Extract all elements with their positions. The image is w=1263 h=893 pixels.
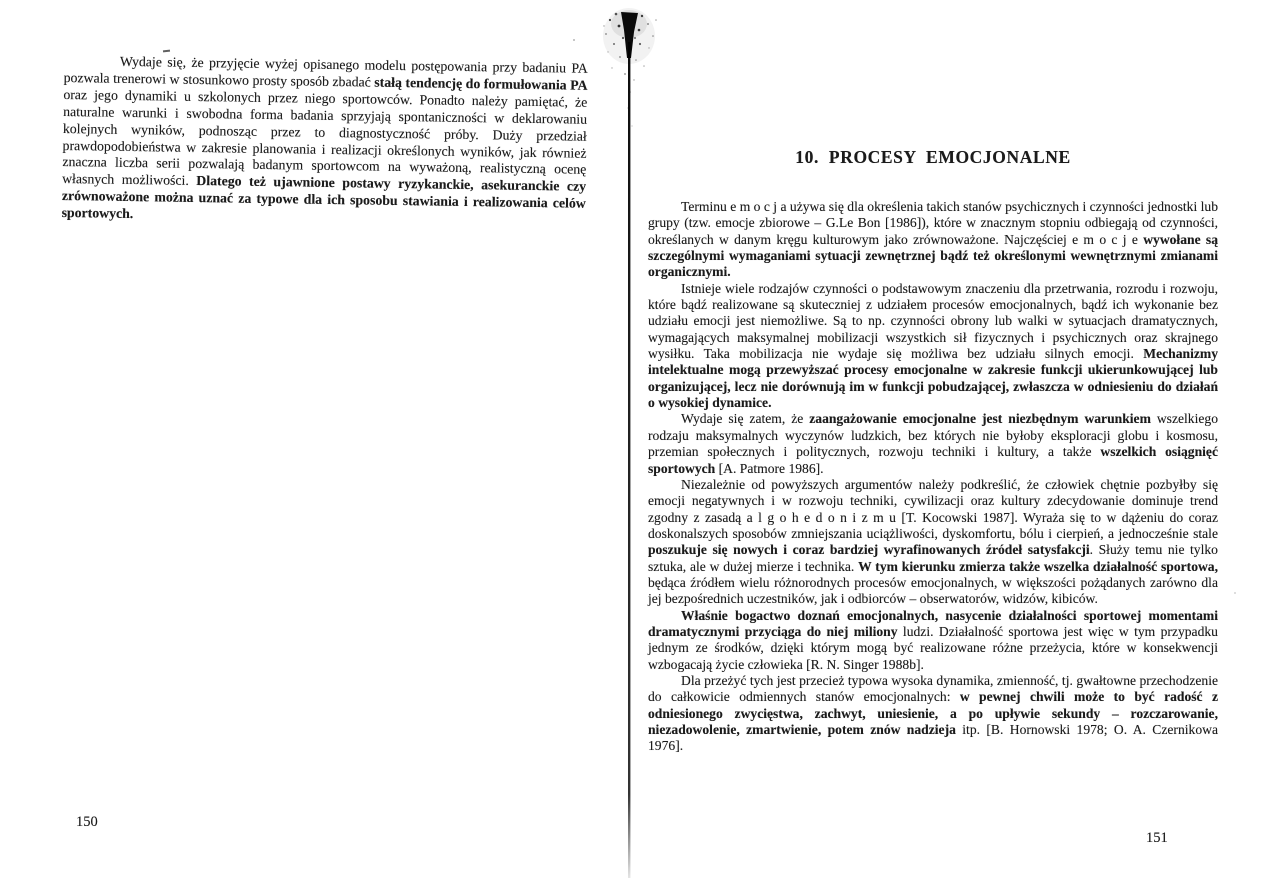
book-scan-spread: Wydaje się, że przyjęcie wyżej opisanego…	[0, 0, 1263, 893]
paragraph: Wydaje się zatem, że zaangażowanie emocj…	[648, 411, 1218, 476]
paragraph: Terminu e m o c j a używa się dla określ…	[648, 199, 1218, 281]
right-page-text: Terminu e m o c j a używa się dla określ…	[648, 199, 1218, 755]
text-segment: Terminu e m o c j a używa się dla określ…	[648, 199, 1218, 247]
chapter-heading: 10. PROCESY EMOCJONALNE	[648, 147, 1218, 168]
right-page: 10. PROCESY EMOCJONALNE Terminu e m o c …	[648, 147, 1218, 755]
text-segment: Niezależnie od powyższych argumentów nal…	[648, 477, 1218, 541]
paragraph: Wydaje się, że przyjęcie wyżej opisanego…	[61, 53, 587, 230]
bold-text-segment: zaangażowanie emocjonalne jest niezbędny…	[809, 411, 1151, 426]
bold-text-segment: poszukuje się nowych i coraz bardziej wy…	[648, 542, 1090, 557]
text-segment: oraz jego dynamiki u szkolonych przez ni…	[62, 87, 587, 189]
scan-speck	[1234, 592, 1236, 594]
text-segment: Istnieje wiele rodzajów czynności o pods…	[648, 281, 1218, 361]
left-page-number: 150	[76, 814, 98, 831]
paragraph: Istnieje wiele rodzajów czynności o pods…	[648, 281, 1218, 412]
left-page-text: Wydaje się, że przyjęcie wyżej opisanego…	[61, 53, 587, 230]
text-segment: [A. Patmore 1986].	[715, 461, 823, 476]
paragraph: Dla przeżyć tych jest przecież typowa wy…	[648, 673, 1218, 755]
scan-speck	[163, 50, 170, 53]
scan-speck	[573, 39, 575, 41]
paragraph: Właśnie bogactwo doznań emocjonalnych, n…	[648, 608, 1218, 673]
right-page-number: 151	[1146, 830, 1168, 847]
text-segment: Wydaje się zatem, że	[681, 411, 809, 426]
bold-text-segment: stałą tendencję do formułowania PA	[374, 75, 587, 93]
bold-text-segment: W tym kierunku zmierza także wszelka dzi…	[858, 559, 1218, 574]
text-segment: będąca źródłem wielu różnorodnych proces…	[648, 575, 1218, 606]
paragraph: Niezależnie od powyższych argumentów nal…	[648, 477, 1218, 608]
